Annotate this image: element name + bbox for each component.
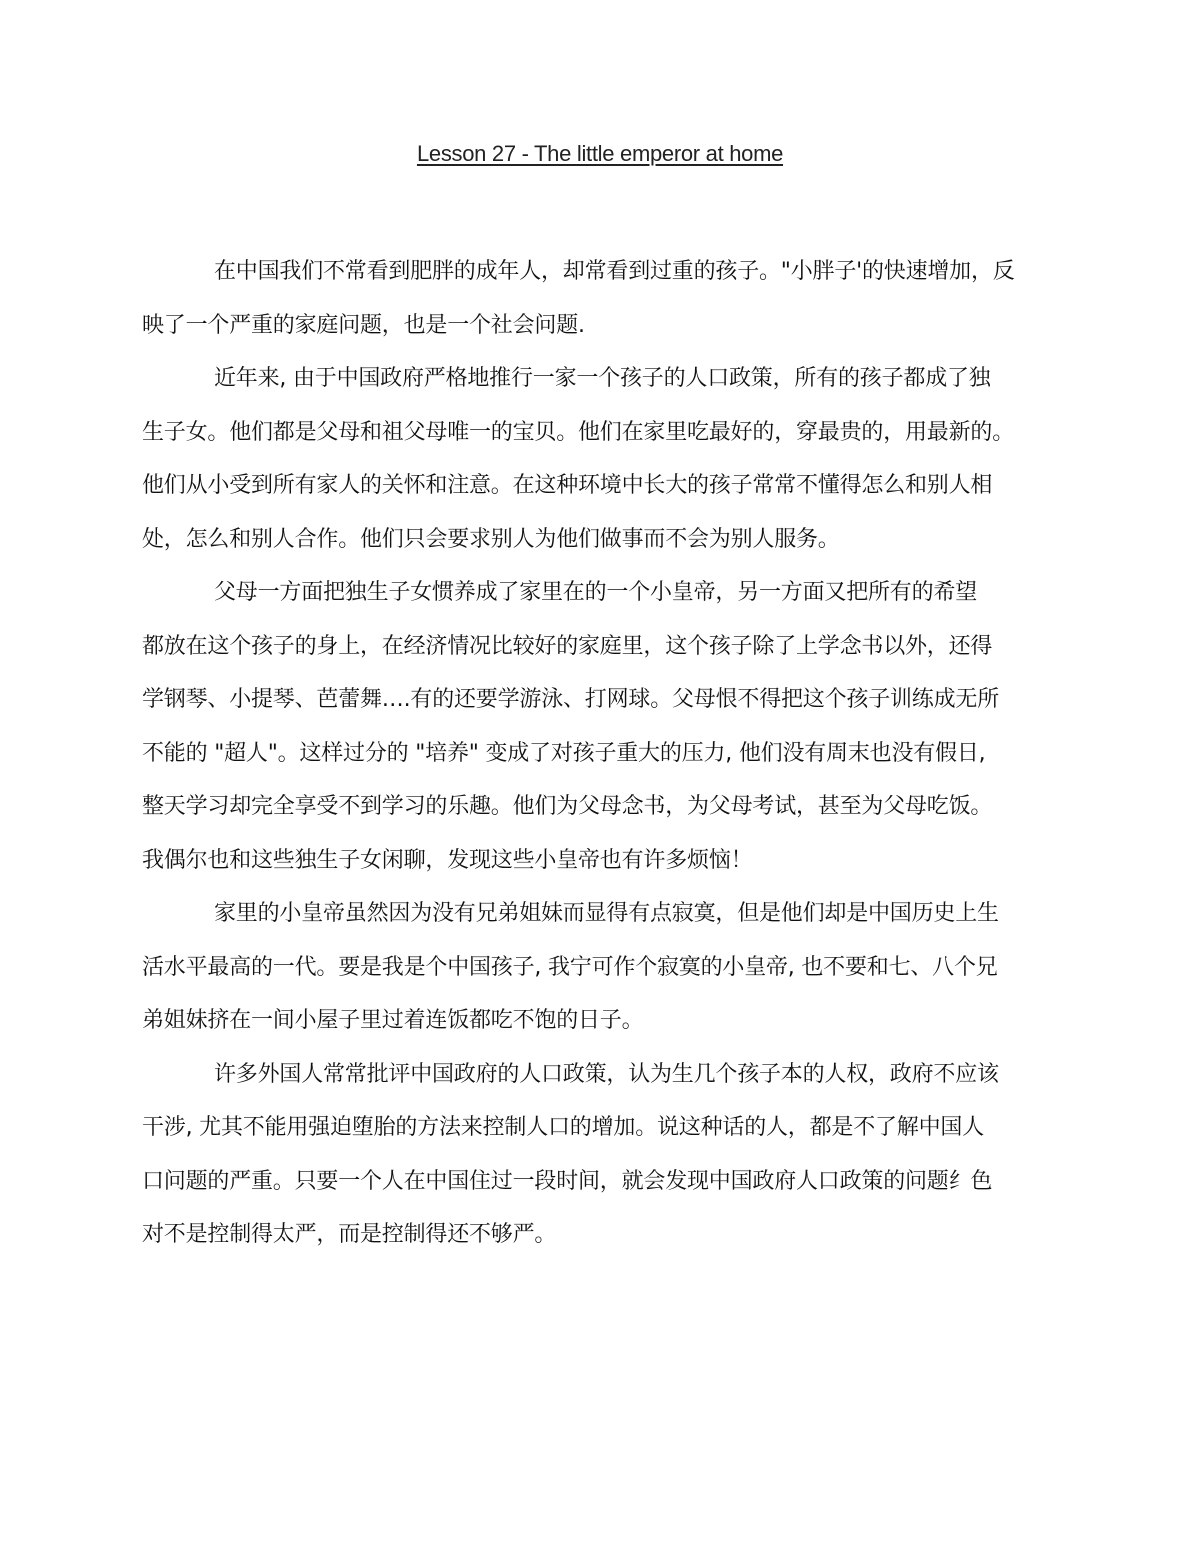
text-line: 整天学习却完全享受不到学习的乐趣。他们为父母念书，为父母考试，甚至为父母吃饭。 — [142, 780, 1062, 834]
text-line: 生子女。他们都是父母和祖父母唯一的宝贝。他们在家里吃最好的，穿最贵的，用最新的。 — [142, 406, 1062, 460]
document-title: Lesson 27 - The little emperor at home — [0, 141, 1200, 167]
text-line: 父母一方面把独生子女惯养成了家里在的一个小皇帝，另一方面又把所有的希望 — [142, 566, 1062, 620]
text-line: 映了一个严重的家庭问题，也是一个社会问题. — [142, 299, 1062, 353]
text-line: 弟姐妹挤在一间小屋子里过着连饭都吃不饱的日子。 — [142, 994, 1062, 1048]
text-line: 不能的 "超人"。这样过分的 "培养" 变成了对孩子重大的压力, 他们没有周末也… — [142, 727, 1062, 781]
text-line: 近年来, 由于中国政府严格地推行一家一个孩子的人口政策，所有的孩子都成了独 — [142, 352, 1062, 406]
paragraph-4: 家里的小皇帝虽然因为没有兄弟姐妹而显得有点寂寞，但是他们却是中国历史上生 活水平… — [142, 887, 1062, 1048]
document-page: Lesson 27 - The little emperor at home 在… — [0, 0, 1200, 1553]
text-line: 我偶尔也和这些独生子女闲聊，发现这些小皇帝也有许多烦恼！ — [142, 834, 1062, 888]
text-line: 许多外国人常常批评中国政府的人口政策，认为生几个孩子本的人权，政府不应该 — [142, 1048, 1062, 1102]
text-line: 他们从小受到所有家人的关怀和注意。在这种环境中长大的孩子常常不懂得怎么和别人相 — [142, 459, 1062, 513]
text-line: 都放在这个孩子的身上，在经济情况比较好的家庭里，这个孩子除了上学念书以外，还得 — [142, 620, 1062, 674]
text-line: 干涉, 尤其不能用强迫堕胎的方法来控制人口的增加。说这种话的人，都是不了解中国人 — [142, 1101, 1062, 1155]
text-line: 家里的小皇帝虽然因为没有兄弟姐妹而显得有点寂寞，但是他们却是中国历史上生 — [142, 887, 1062, 941]
text-line: 在中国我们不常看到肥胖的成年人，却常看到过重的孩子。"小胖子'的快速增加，反 — [142, 245, 1062, 299]
paragraph-5: 许多外国人常常批评中国政府的人口政策，认为生几个孩子本的人权，政府不应该 干涉,… — [142, 1048, 1062, 1262]
text-line: 对不是控制得太严，而是控制得还不够严。 — [142, 1208, 1062, 1262]
title-text: Lesson 27 - The little emperor at home — [417, 141, 783, 166]
text-line: 处，怎么和别人合作。他们只会要求别人为他们做事而不会为别人服务。 — [142, 513, 1062, 567]
paragraph-1: 在中国我们不常看到肥胖的成年人，却常看到过重的孩子。"小胖子'的快速增加，反 映… — [142, 245, 1062, 352]
text-line: 活水平最高的一代。要是我是个中国孩子, 我宁可作个寂寞的小皇帝, 也不要和七、八… — [142, 941, 1062, 995]
text-line: 口问题的严重。只要一个人在中国住过一段时间，就会发现中国政府人口政策的问题纟色 — [142, 1155, 1062, 1209]
text-line: 学钢琴、小提琴、芭蕾舞….有的还要学游泳、打网球。父母恨不得把这个孩子训练成无所 — [142, 673, 1062, 727]
document-body: 在中国我们不常看到肥胖的成年人，却常看到过重的孩子。"小胖子'的快速增加，反 映… — [142, 245, 1062, 1262]
paragraph-2: 近年来, 由于中国政府严格地推行一家一个孩子的人口政策，所有的孩子都成了独 生子… — [142, 352, 1062, 566]
paragraph-3: 父母一方面把独生子女惯养成了家里在的一个小皇帝，另一方面又把所有的希望 都放在这… — [142, 566, 1062, 887]
